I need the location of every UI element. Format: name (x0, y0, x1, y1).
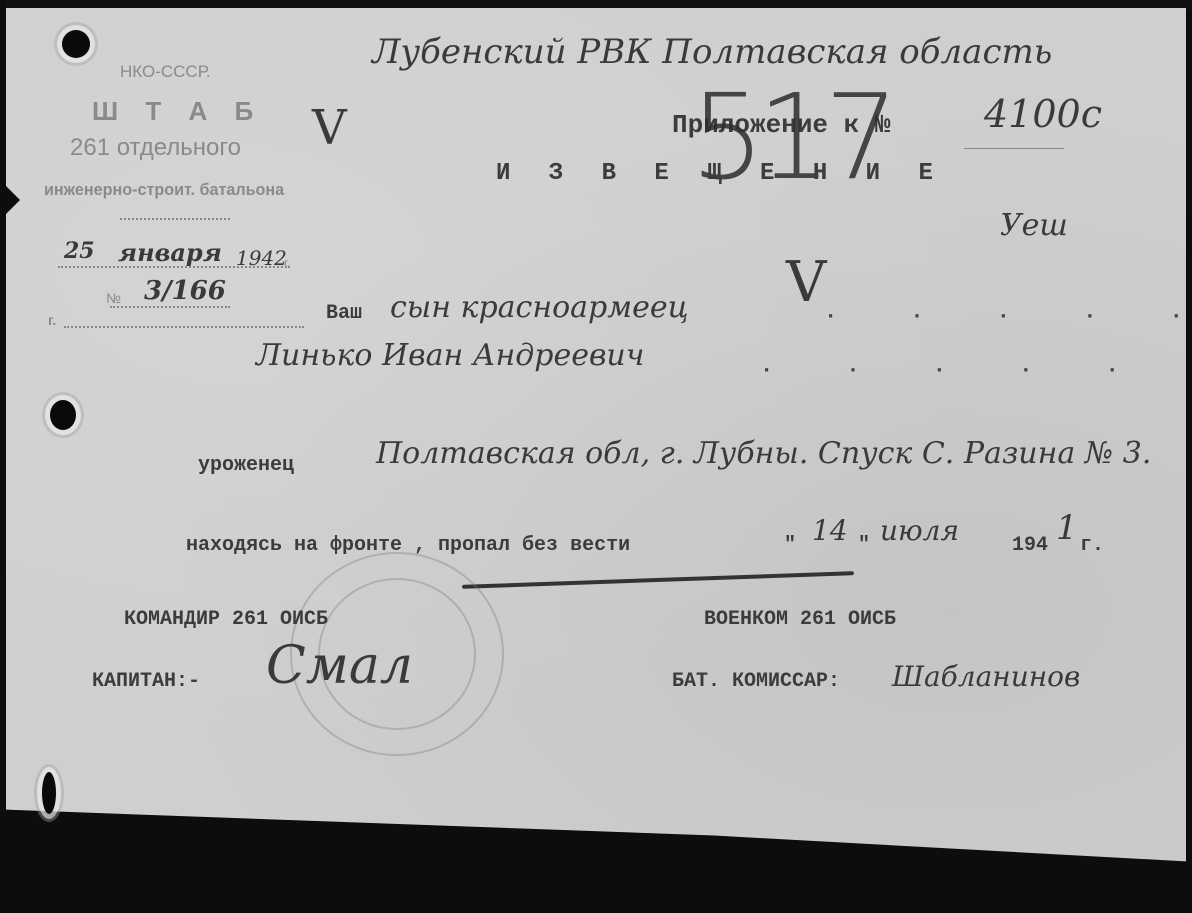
soldier-name: Линько Иван Андреевич (256, 338, 644, 373)
outgoing-number-prefix: № (106, 290, 121, 306)
number-line (110, 306, 230, 308)
commissar-title: ВОЕНКОМ 261 ОИСБ (704, 608, 896, 631)
stamp-line-battalion: инженерно-строит. батальона (44, 180, 284, 200)
commander-signature: Смал (266, 636, 413, 696)
missing-year-prefix: 194 (1012, 534, 1048, 557)
stamp-underline (120, 218, 230, 220)
punch-hole-icon (62, 30, 90, 58)
place-prefix: г. (48, 312, 56, 328)
paper-notch (6, 186, 20, 214)
attachment-number: 4100с (984, 92, 1102, 136)
place-line (64, 326, 304, 328)
date-line (58, 266, 290, 268)
corner-note: Уеш (1000, 208, 1068, 243)
punch-hole-icon (50, 400, 76, 430)
commissar-signature: Шабланинов (892, 660, 1080, 693)
birthplace-label: уроженец (198, 454, 294, 477)
stamp-line-nko: НКО-СССР. (120, 62, 211, 82)
stamp-line-unit: 261 отдельного (70, 134, 241, 162)
stamp-line-shtab: Ш Т А Б (92, 96, 263, 127)
check-mark-icon: V (312, 100, 347, 156)
punch-hole-icon (42, 772, 56, 814)
check-mark-icon: V (786, 250, 826, 315)
birthplace-value: Полтавская обл, г. Лубны. Спуск С. Разин… (376, 436, 1151, 471)
issue-day: 25 (64, 238, 95, 264)
commissar-rank: БАТ. КОМИССАР: (672, 670, 840, 693)
outgoing-number: 3/166 (144, 276, 226, 306)
missing-year-suffix: г. (1080, 534, 1104, 557)
dotted-fill: · · · · · · (824, 304, 1192, 329)
relation-and-rank: сын красноармеец (390, 290, 689, 325)
missing-year-digit: 1 (1056, 508, 1078, 548)
attachment-underline (964, 148, 1064, 149)
scan-border-left (0, 0, 6, 913)
document-title: И З В Е Щ Е Н И Е (496, 160, 945, 187)
header-handwritten: Лубенский РВК Полтавская область (372, 32, 1052, 72)
dotted-fill: · · · · · (760, 358, 1149, 383)
commander-title: КОМАНДИР 261 ОИСБ (124, 608, 328, 631)
issue-month: января (118, 238, 222, 267)
missing-day: 14 (812, 514, 848, 547)
quote-open: " (784, 534, 796, 557)
quote-close: " (858, 534, 870, 557)
missing-month: июля (880, 514, 959, 547)
commander-rank: КАПИТАН:- (92, 670, 200, 693)
addressee-prefix: Ваш (326, 302, 362, 325)
